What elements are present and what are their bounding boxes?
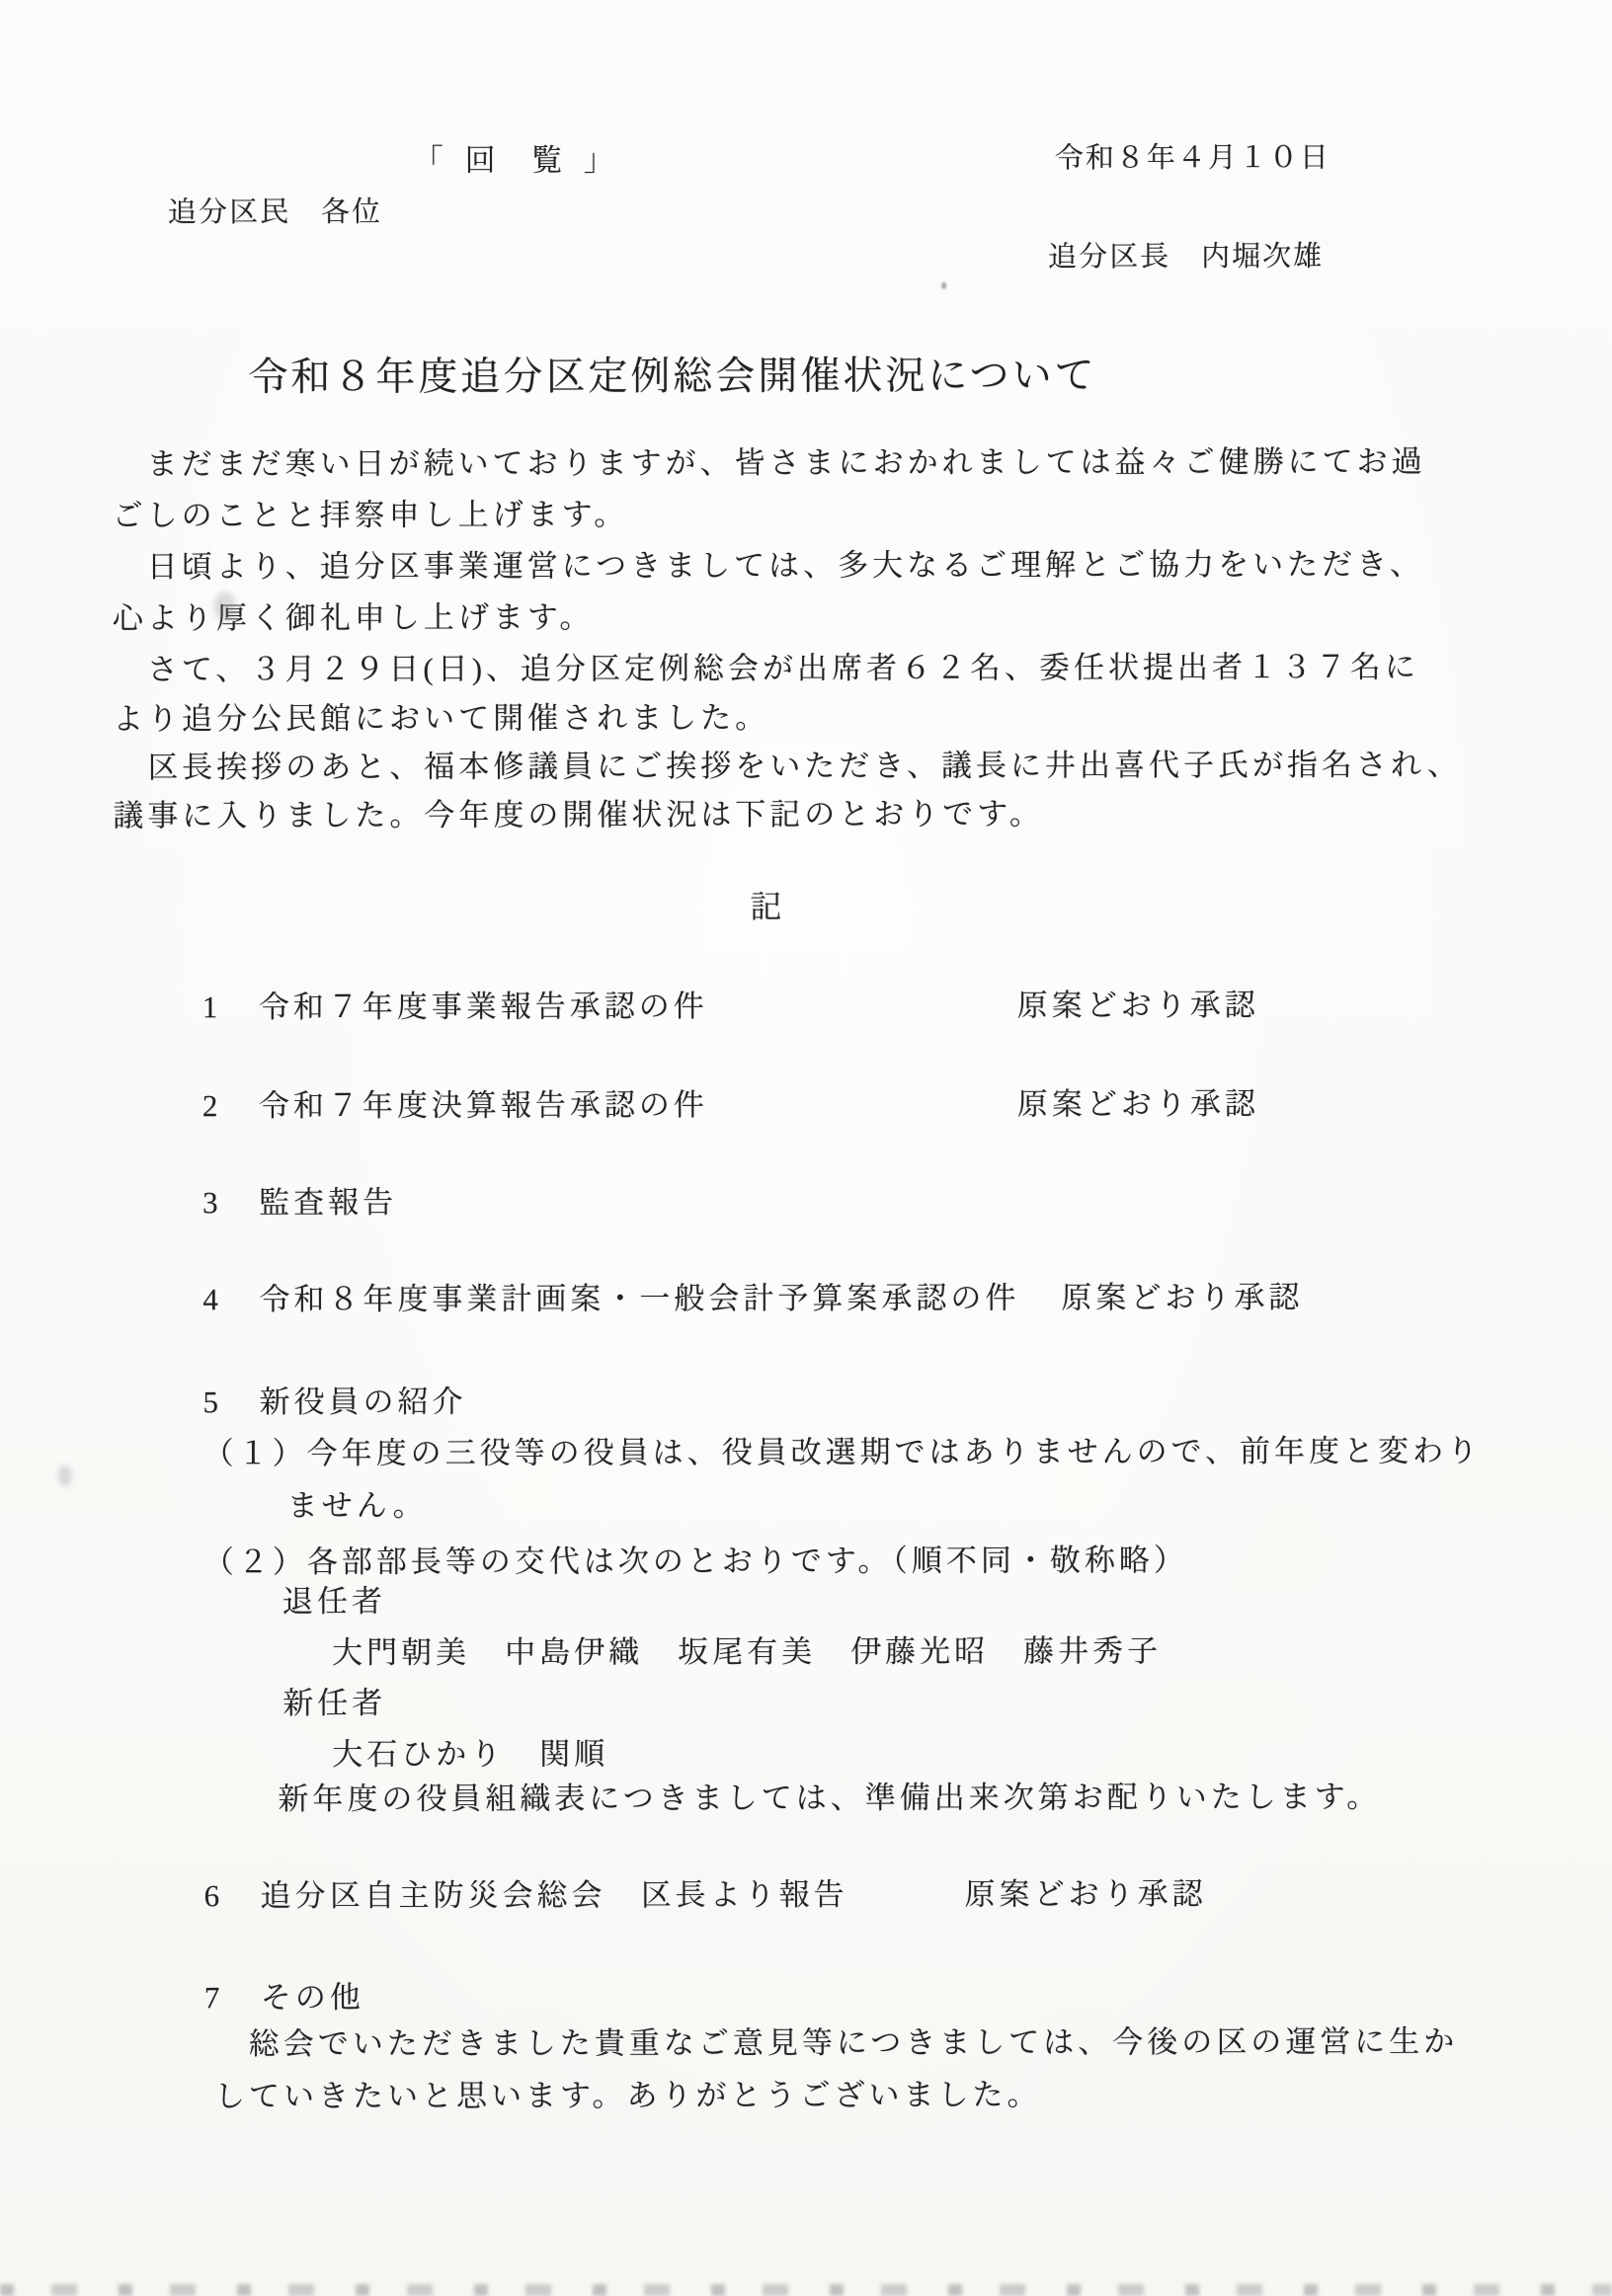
agenda-item-number: 6 bbox=[204, 1877, 261, 1916]
recipients: 追分区民 各位 bbox=[168, 195, 382, 231]
agenda-item-text: 追分区自主防災会総会 区長より報告 bbox=[261, 1876, 848, 1916]
agenda-subitem-line: していきたいと思います。ありがとうございました。 bbox=[214, 2077, 1042, 2117]
agenda-subitem-line: （１）今年度の三役等の役員は、役員改選期ではありませんので、前年度と変わり bbox=[203, 1433, 1482, 1473]
agenda-item-number: 5 bbox=[202, 1384, 259, 1422]
agenda-item: 2 令和７年度決算報告承認の件 bbox=[202, 1086, 708, 1126]
greeting-line: ごしのことと拝察申し上げます。 bbox=[113, 496, 629, 535]
agenda-item-text: 令和７年度決算報告承認の件 bbox=[259, 1086, 708, 1126]
newcomers-label: 新任者 bbox=[282, 1685, 386, 1723]
agenda-subitem-line: ません。 bbox=[287, 1487, 428, 1526]
agenda-item: 3 監査報告 bbox=[202, 1184, 397, 1223]
greeting-line: 議事に入りました。今年度の開催状況は下記のとおりです。 bbox=[113, 795, 1044, 835]
agenda-subitem-line: 総会でいただきました貴重なご意見等につきましては、今後の区の運営に生か bbox=[249, 2023, 1458, 2064]
agenda-item: 5 新役員の紹介 bbox=[202, 1384, 466, 1422]
agenda-subitem-line: （２）各部部長等の交代は次のとおりです。（順不同・敬称略） bbox=[203, 1542, 1188, 1582]
record-heading: 記 bbox=[750, 887, 785, 926]
greeting-line: 日頃より、追分区事業運営につきましては、多大なるご理解とご協力をいただき、 bbox=[147, 546, 1424, 587]
agenda-item-result: 原案どおり承認 bbox=[1017, 987, 1259, 1025]
greeting-line: より追分公民館において開催されました。 bbox=[113, 699, 769, 739]
agenda-item-text: 令和７年度事業報告承認の件 bbox=[259, 988, 708, 1027]
agenda-item-text: 監査報告 bbox=[259, 1184, 397, 1223]
agenda-item-result: 原案どおり承認 bbox=[1017, 1085, 1259, 1124]
greeting-line: 区長挨拶のあと、福本修議員にご挨拶をいただき、議長に井出喜代子氏が指名され、 bbox=[147, 747, 1462, 788]
scan-speck-artifact bbox=[941, 282, 946, 289]
agenda-item-text: その他 bbox=[261, 1979, 364, 2018]
agenda-item-result: 原案どおり承認 bbox=[1061, 1279, 1303, 1317]
scanned-document-page: 「 回 覧 」 令和８年４月１０日 追分区民 各位 追分区長 内堀次雄 令和８年… bbox=[0, 0, 1612, 2296]
circulation-label: 「 回 覧 」 bbox=[413, 141, 621, 180]
scan-smudge-artifact bbox=[58, 1465, 72, 1487]
agenda-item: 4 令和８年度事業計画案・一般会計予算案承認の件 原案どおり承認 bbox=[202, 1279, 1303, 1319]
retirees-label: 退任者 bbox=[282, 1583, 386, 1622]
agenda-item-text: 令和８年度事業計画案・一般会計予算案承認の件 bbox=[259, 1280, 1019, 1319]
newcomer-names: 大石ひかり 関順 bbox=[332, 1735, 608, 1774]
greeting-line: 心より厚く御礼申し上げます。 bbox=[113, 598, 595, 638]
agenda-item-number: 4 bbox=[202, 1281, 259, 1319]
agenda-item-result: 原案どおり承認 bbox=[965, 1875, 1207, 1914]
agenda-item-number: 7 bbox=[204, 1979, 261, 2018]
scan-smudge-artifact bbox=[214, 592, 236, 621]
agenda-item-number: 3 bbox=[202, 1184, 259, 1223]
greeting-line: まだまだ寒い日が続いておりますが、皆さまにおかれましては益々ご健勝にてお過 bbox=[147, 443, 1426, 484]
sender: 追分区長 内堀次雄 bbox=[1048, 239, 1324, 276]
org-note: 新年度の役員組織表につきましては、準備出来次第お配りいたします。 bbox=[278, 1779, 1381, 1819]
greeting-line: さて、３月２９日(日)、追分区定例総会が出席者６２名、委任状提出者１３７名に bbox=[147, 649, 1419, 689]
agenda-item-number: 2 bbox=[202, 1087, 259, 1126]
agenda-item: 1 令和７年度事業報告承認の件 bbox=[202, 988, 708, 1027]
agenda-item: 6 追分区自主防災会総会 区長より報告 bbox=[204, 1876, 848, 1916]
document-title: 令和８年度追分区定例総会開催状況について bbox=[248, 351, 1096, 402]
document-date: 令和８年４月１０日 bbox=[1055, 140, 1330, 177]
scan-edge-artifact bbox=[0, 2284, 1612, 2296]
agenda-item: 7 その他 bbox=[204, 1979, 364, 2018]
retiree-names: 大門朝美 中島伊織 坂尾有美 伊藤光昭 藤井秀子 bbox=[332, 1632, 1162, 1673]
document-content: 「 回 覧 」 令和８年４月１０日 追分区民 各位 追分区長 内堀次雄 令和８年… bbox=[0, 0, 1612, 2296]
agenda-item-number: 1 bbox=[202, 989, 259, 1027]
agenda-item-text: 新役員の紹介 bbox=[259, 1384, 466, 1422]
